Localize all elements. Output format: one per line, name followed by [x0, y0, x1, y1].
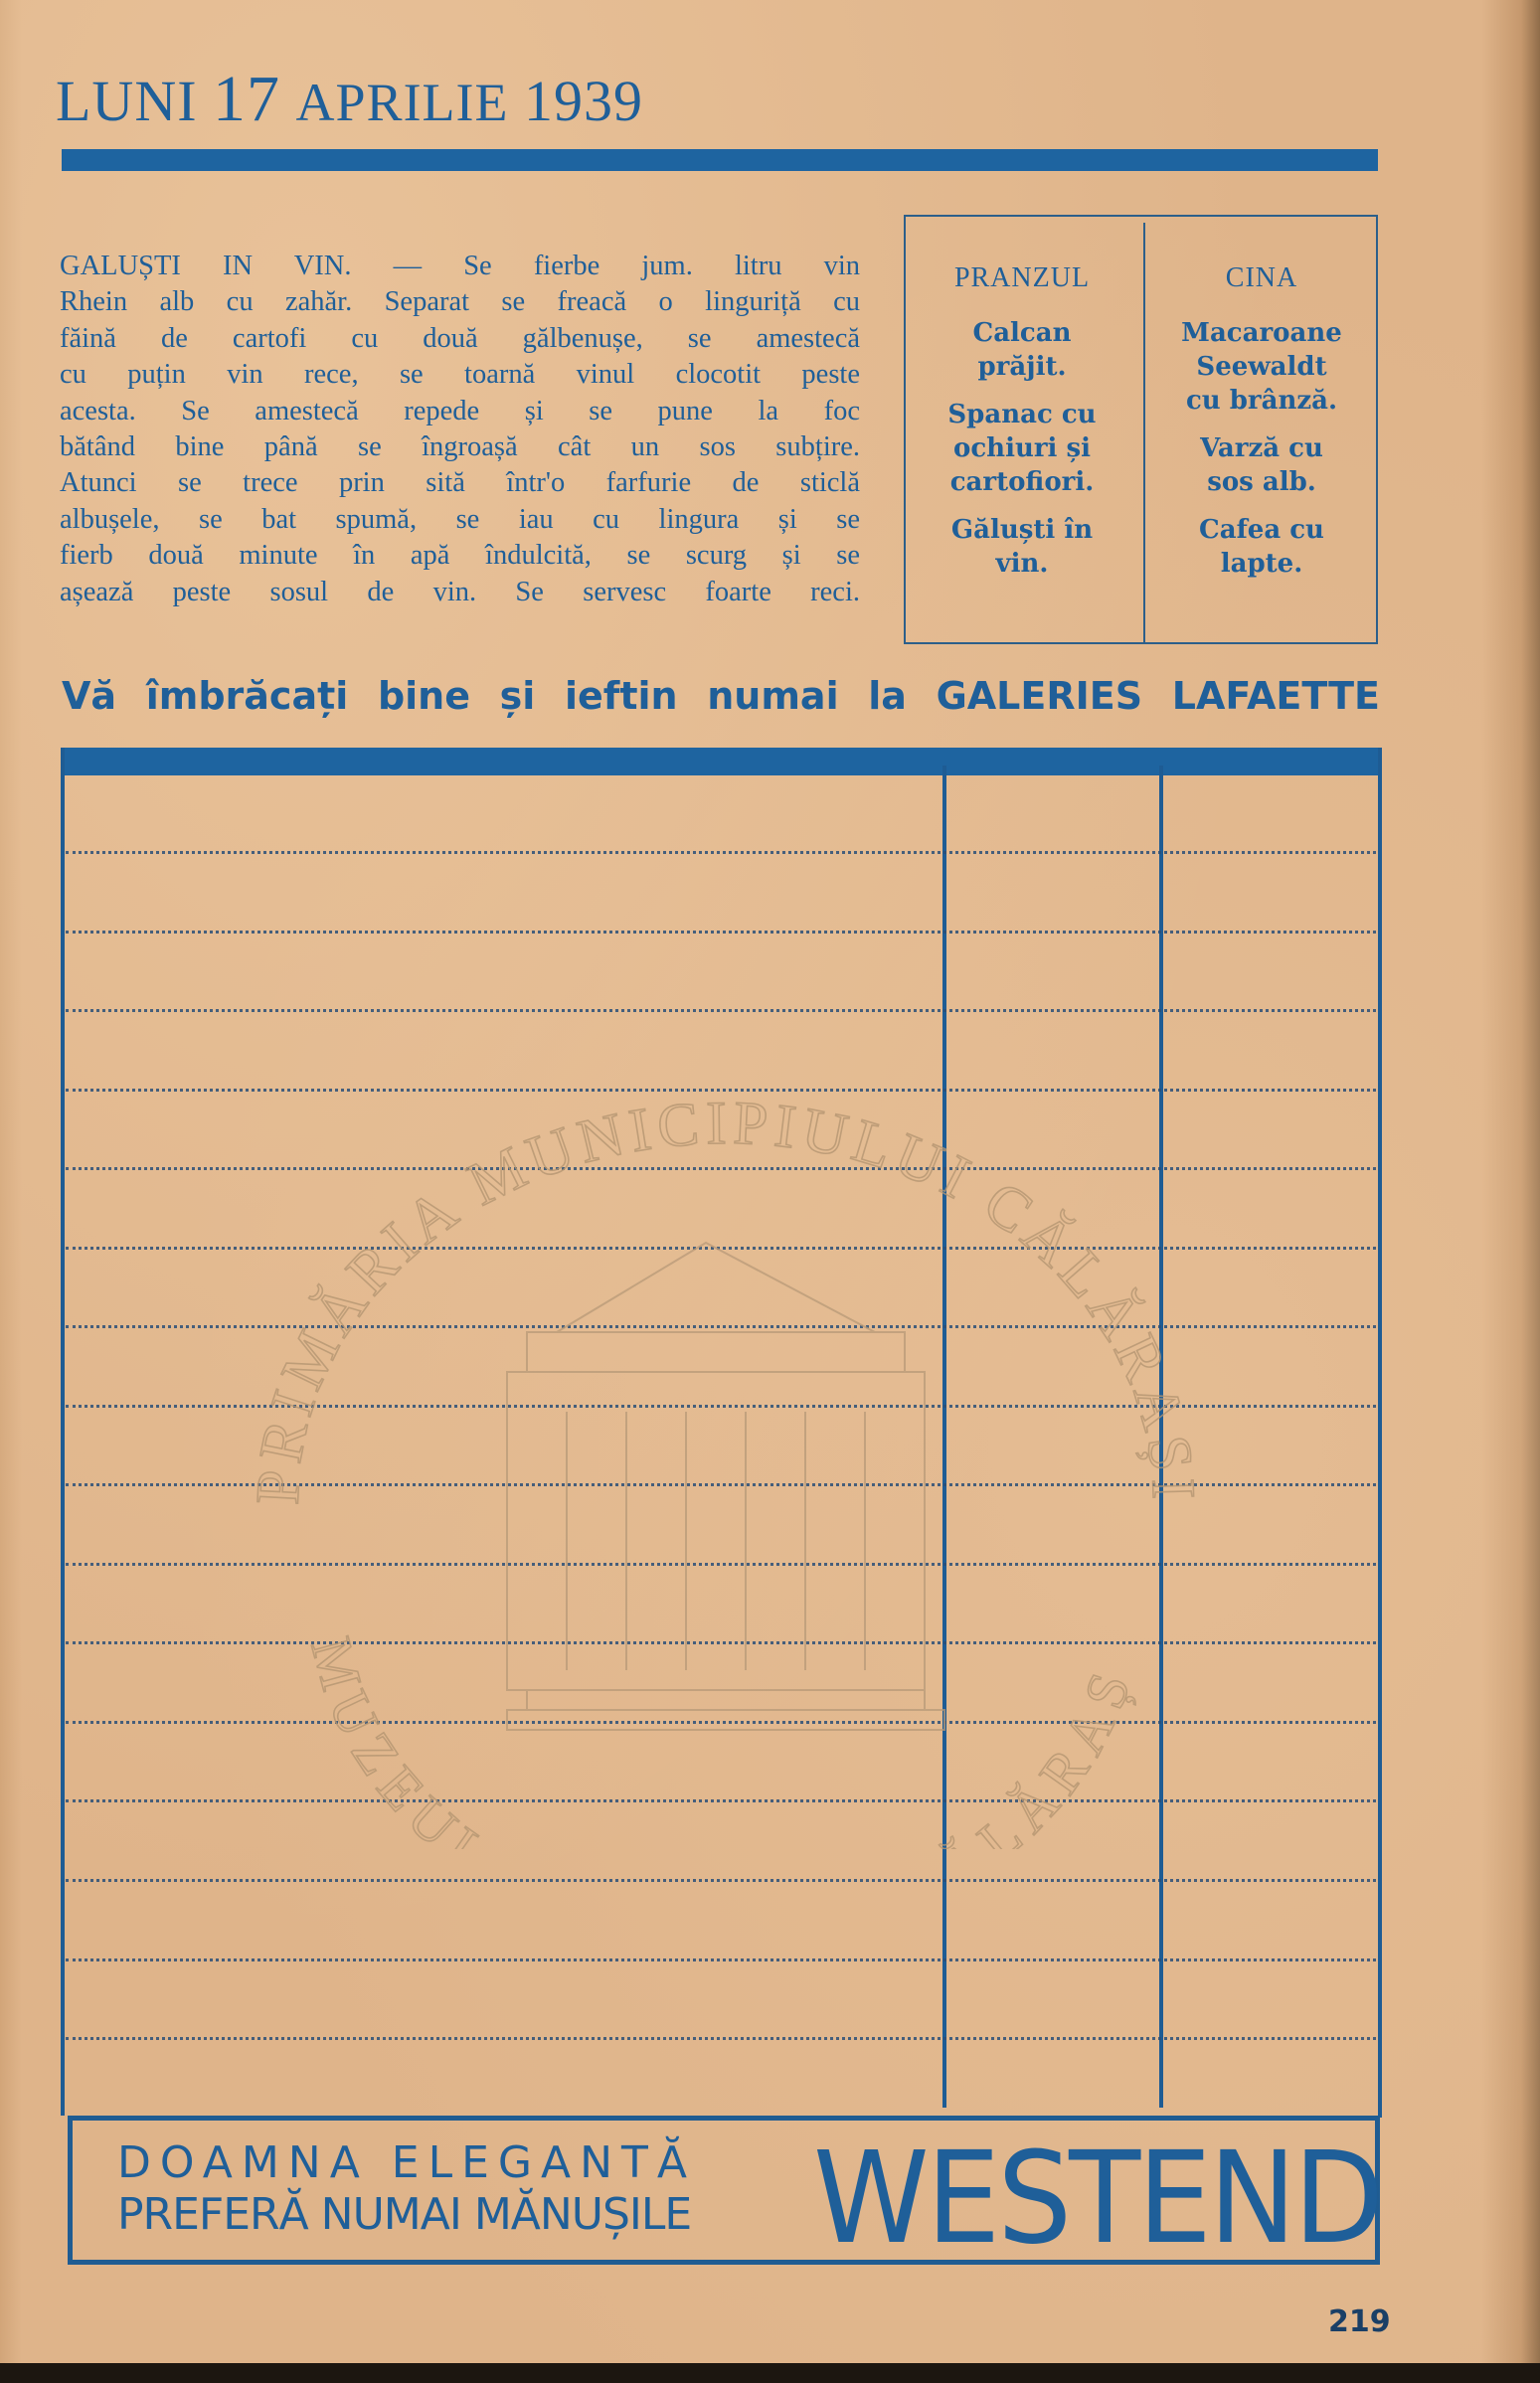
- recipe-text: GALUȘTI IN VIN. — Se fierbe jum. litru v…: [60, 249, 860, 610]
- ad-word: LAFAETTE: [1172, 674, 1380, 718]
- notes-table-column-divider: [942, 766, 946, 2108]
- notes-line[interactable]: [66, 1721, 1376, 1724]
- day: 17: [213, 63, 280, 135]
- westend-brand: WESTEND: [813, 2124, 1381, 2272]
- notes-line[interactable]: [66, 1799, 1376, 1802]
- menu-item: Calcan prăjit.: [906, 316, 1138, 384]
- ad-word: îmbrăcați: [146, 674, 349, 718]
- notes-table-left-border: [61, 748, 65, 2116]
- ad-word: la: [868, 674, 907, 718]
- menu-item: Spanac cu ochiuri și cartofiori.: [906, 398, 1138, 499]
- menu-item: Varză cu sos alb.: [1145, 431, 1378, 499]
- ad-word: numai: [707, 674, 838, 718]
- notes-table-right-border: [1378, 748, 1382, 2118]
- ad-word: și: [500, 674, 536, 718]
- svg-text:MUZEUL MUNICIPAL CĂLĂRAȘI: MUZEUL MUNICIPAL CĂLĂRAȘI: [229, 1320, 1145, 1849]
- ad-word: ieftin: [565, 674, 678, 718]
- ad-word: bine: [378, 674, 470, 718]
- stamp-top-text: PRIMĂRIA MUNICIPIULUI CĂLĂRAȘI: [244, 1090, 1207, 1506]
- recipe-line: albușele, se bat spumă, se iau cu lingur…: [60, 502, 860, 538]
- museum-stamp-icon: PRIMĂRIA MUNICIPIULUI CĂLĂRAȘI MUZEUL MU…: [229, 1074, 1223, 1849]
- stamp-bottom-text: MUZEUL MUNICIPAL CĂLĂRAȘI: [229, 1320, 1145, 1849]
- recipe-line: acesta. Se amestecă repede și se pune la…: [60, 394, 860, 429]
- year: 1939: [524, 69, 643, 133]
- notes-line[interactable]: [66, 1247, 1376, 1250]
- westend-slogan: DOAMNA ELEGANTĂ PREFERĂ NUMAI MĂNUȘILE: [117, 2137, 696, 2241]
- recipe-line: așează peste sosul de vin. Se servesc fo…: [60, 575, 860, 610]
- notes-line[interactable]: [66, 1167, 1376, 1170]
- notes-line[interactable]: [66, 1641, 1376, 1644]
- recipe-line: fierb două minute în apă îndulcită, se s…: [60, 538, 860, 574]
- ad-word: Vă: [62, 674, 116, 718]
- notes-line[interactable]: [66, 1009, 1376, 1012]
- scan-edge: [0, 2363, 1540, 2383]
- menu-item: Cafea cu lapte.: [1145, 513, 1378, 581]
- page-number: 219: [1328, 2304, 1391, 2339]
- notes-line[interactable]: [66, 1879, 1376, 1882]
- menu-lunch-heading: PRANZUL: [906, 262, 1138, 294]
- notes-line[interactable]: [66, 1483, 1376, 1486]
- menu-item: Găluști în vin.: [906, 513, 1138, 581]
- recipe-line: Atunci se trece prin sită într'o farfuri…: [60, 465, 860, 501]
- weekday: LUNI: [56, 69, 198, 133]
- notes-line[interactable]: [66, 851, 1376, 854]
- westend-slogan-line1: DOAMNA ELEGANTĂ: [117, 2137, 696, 2189]
- notes-line[interactable]: [66, 1325, 1376, 1328]
- ad-word: GALERIES: [937, 674, 1143, 718]
- menu-lunch: PRANZUL Calcan prăjit. Spanac cu ochiuri…: [906, 262, 1138, 595]
- notes-table-column-divider: [1159, 766, 1163, 2108]
- notes-line[interactable]: [66, 1563, 1376, 1566]
- page-title: LUNI 17 APRILIE 1939: [56, 62, 643, 137]
- svg-text:PRIMĂRIA MUNICIPIULUI CĂLĂRAȘI: PRIMĂRIA MUNICIPIULUI CĂLĂRAȘI: [244, 1090, 1207, 1506]
- menu-dinner: CINA Macaroane Seewaldt cu brânză. Varză…: [1145, 262, 1378, 595]
- recipe-line: Rhein alb cu zahăr. Separat se freacă o …: [60, 284, 860, 320]
- notes-line[interactable]: [66, 2037, 1376, 2040]
- notes-line[interactable]: [66, 1089, 1376, 1092]
- notes-table-header-bar: [62, 748, 1380, 775]
- menu-dinner-heading: CINA: [1145, 262, 1378, 294]
- title-rule: [62, 149, 1378, 171]
- notes-line[interactable]: [66, 1405, 1376, 1408]
- galeries-lafaette-ad: Vă îmbrăcați bine și ieftin numai la GAL…: [62, 674, 1380, 718]
- recipe-line: cu puțin vin rece, se toarnă vinul cloco…: [60, 357, 860, 393]
- westend-slogan-line2: PREFERĂ NUMAI MĂNUȘILE: [117, 2189, 696, 2241]
- recipe-line: GALUȘTI IN VIN. — Se fierbe jum. litru v…: [60, 249, 860, 284]
- recipe-line: făină de cartofi cu două gălbenușe, se a…: [60, 321, 860, 357]
- recipe-line: bătând bine până se îngroașă cât un sos …: [60, 429, 860, 465]
- menu-item: Macaroane Seewaldt cu brânză.: [1145, 316, 1378, 418]
- notes-line[interactable]: [66, 931, 1376, 934]
- notes-line[interactable]: [66, 1958, 1376, 1961]
- month: APRILIE: [296, 73, 509, 132]
